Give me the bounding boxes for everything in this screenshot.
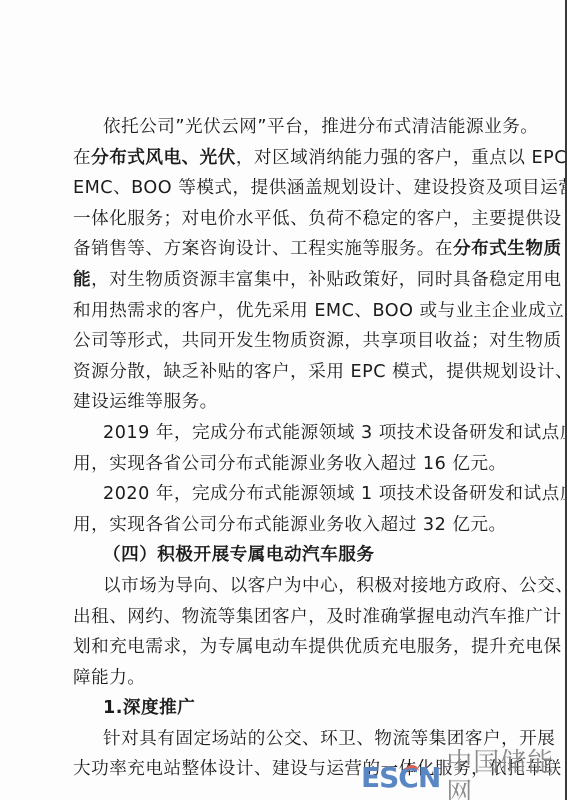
text-line: 1.深度推广 xyxy=(73,693,485,724)
text-line: 一体化服务；对电价水平低、负荷不稳定的客户，主要提供设 xyxy=(73,204,485,235)
text-line: 划和充电需求，为专属电动车提供优质充电服务，提升充电保 xyxy=(73,632,485,663)
text-segment: ，对生物质资源丰富集中，补贴政策好，同时具备稳定用电 xyxy=(91,270,561,290)
text-segment: 障能力。 xyxy=(73,668,145,688)
text-line: 用，实现各省公司分布式能源业务收入超过 32 亿元。 xyxy=(73,510,485,541)
text-line: 在分布式风电、光伏，对区域消纳能力强的客户，重点以 EPC、 xyxy=(73,143,485,174)
text-segment: ，对区域消纳能力强的客户，重点以 EPC、 xyxy=(236,148,567,168)
text-segment: 资源分散，缺乏补贴的客户，采用 EPC 模式，提供规划设计、 xyxy=(73,362,567,382)
text-segment: 针对具有固定场站的公交、环卫、物流等集团客户，开展 xyxy=(103,729,555,749)
text-segment: 和用热需求的客户，优先采用 EMC、BOO 或与业主企业成立项目 xyxy=(73,301,567,321)
text-line: 备销售等、方案咨询设计、工程实施等服务。在分布式生物质 xyxy=(73,234,485,265)
text-segment: 在 xyxy=(73,148,91,168)
text-line: 以市场为导向、以客户为中心，积极对接地方政府、公交、 xyxy=(73,571,485,602)
text-segment: 公司等形式，共同开发生物质资源，共享项目收益；对生物质 xyxy=(73,331,562,351)
text-line: 建设运维等服务。 xyxy=(73,387,485,418)
text-segment: 用，实现各省公司分布式能源业务收入超过 32 亿元。 xyxy=(73,515,507,535)
text-line: 用，实现各省公司分布式能源业务收入超过 16 亿元。 xyxy=(73,449,485,480)
text-segment: EMC、BOO 等模式，提供涵盖规划设计、建设投资及项目运营的 xyxy=(73,178,567,198)
watermark-logo-latin: ESCN xyxy=(361,763,440,793)
text-segment: 2020 年，完成分布式能源领域 1 项技术设备研发和试点应 xyxy=(103,484,567,504)
text-line: 障能力。 xyxy=(73,663,485,694)
text-line: 依托公司”光伏云网”平台，推进分布式清洁能源业务。 xyxy=(73,112,485,143)
text-segment: 以市场为导向、以客户为中心，积极对接地方政府、公交、 xyxy=(103,576,567,596)
text-line: 2019 年，完成分布式能源领域 3 项技术设备研发和试点应 xyxy=(73,418,485,449)
text-segment: 建设运维等服务。 xyxy=(73,392,218,412)
text-segment: 依托公司”光伏云网”平台，推进分布式清洁能源业务。 xyxy=(103,117,538,137)
text-line: EMC、BOO 等模式，提供涵盖规划设计、建设投资及项目运营的 xyxy=(73,173,485,204)
text-segment: 用，实现各省公司分布式能源业务收入超过 16 亿元。 xyxy=(73,454,507,474)
text-segment: 备销售等、方案咨询设计、工程实施等服务。在 xyxy=(73,239,453,259)
escn-watermark: ESCN 中国储能网 xyxy=(361,763,566,793)
watermark-logo-chinese: 中国储能网 xyxy=(446,748,566,800)
text-segment: 一体化服务；对电价水平低、负荷不稳定的客户，主要提供设 xyxy=(73,209,562,229)
bold-text-segment: 分布式生物质 xyxy=(453,239,562,259)
document-body: 依托公司”光伏云网”平台，推进分布式清洁能源业务。在分布式风电、光伏，对区域消纳… xyxy=(73,112,485,785)
document-page: 依托公司”光伏云网”平台，推进分布式清洁能源业务。在分布式风电、光伏，对区域消纳… xyxy=(0,0,566,800)
bold-text-segment: （四）积极开展专属电动汽车服务 xyxy=(103,545,374,565)
watermark-arc-icon xyxy=(405,765,419,776)
text-line: 2020 年，完成分布式能源领域 1 项技术设备研发和试点应 xyxy=(73,479,485,510)
text-line: （四）积极开展专属电动汽车服务 xyxy=(73,540,485,571)
bold-text-segment: 1.深度推广 xyxy=(103,698,195,718)
text-line: 公司等形式，共同开发生物质资源，共享项目收益；对生物质 xyxy=(73,326,485,357)
text-line: 针对具有固定场站的公交、环卫、物流等集团客户，开展 xyxy=(73,724,485,755)
bold-text-segment: 能 xyxy=(73,270,91,290)
text-segment: 2019 年，完成分布式能源领域 3 项技术设备研发和试点应 xyxy=(103,423,567,443)
text-line: 和用热需求的客户，优先采用 EMC、BOO 或与业主企业成立项目 xyxy=(73,296,485,327)
text-line: 能，对生物质资源丰富集中，补贴政策好，同时具备稳定用电 xyxy=(73,265,485,296)
text-line: 出租、网约、物流等集团客户，及时准确掌握电动汽车推广计 xyxy=(73,602,485,633)
text-line: 资源分散，缺乏补贴的客户，采用 EPC 模式，提供规划设计、 xyxy=(73,357,485,388)
text-segment: 划和充电需求，为专属电动车提供优质充电服务，提升充电保 xyxy=(73,637,562,657)
bold-text-segment: 分布式风电、光伏 xyxy=(91,148,236,168)
text-segment: 出租、网约、物流等集团客户，及时准确掌握电动汽车推广计 xyxy=(73,607,562,627)
